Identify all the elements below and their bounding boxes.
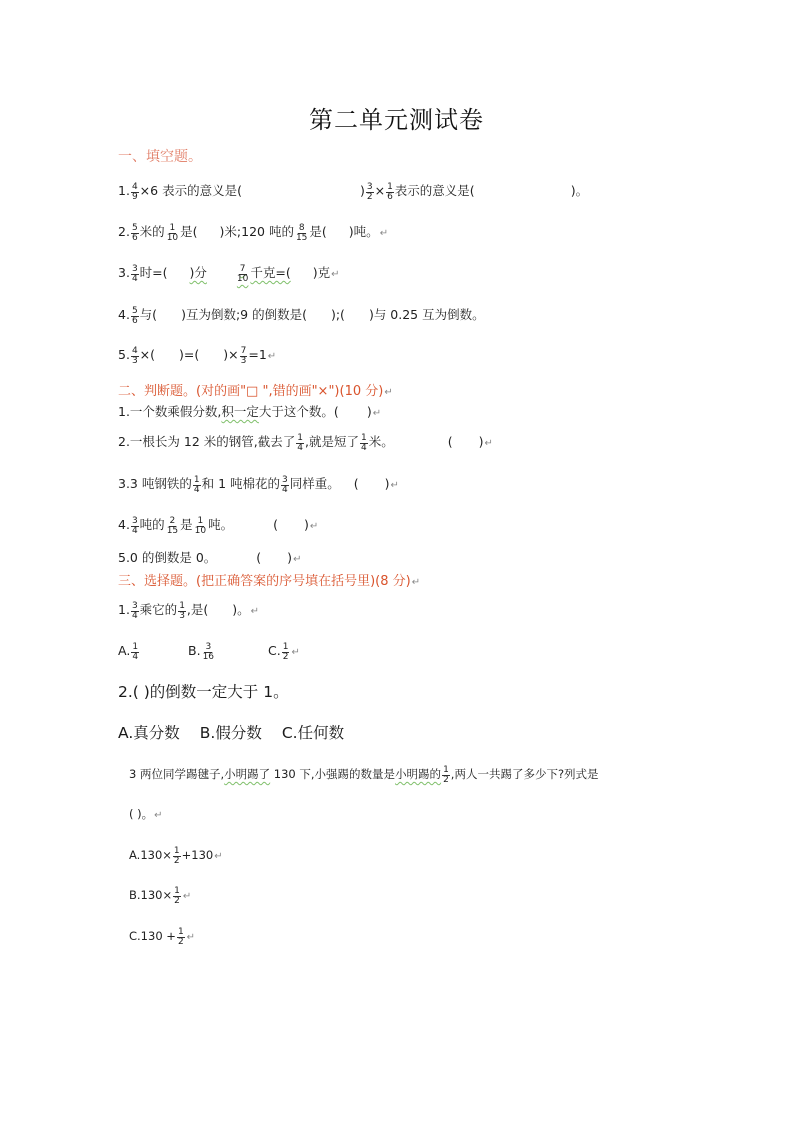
fraction: 34 [131,265,139,284]
question-text: ) [367,404,372,419]
section-heading-multiple-choice: 三、选择题。(把正确答案的序号填在括号里)(8 分)↵ [118,570,420,589]
question-text: 吨。 [208,517,233,532]
option-b[interactable]: B.130×12↵ [129,886,191,905]
question-number: 2. [118,224,130,239]
option-c[interactable]: C.任何数 [282,724,344,742]
paragraph-mark: ↵ [310,521,318,532]
option-c[interactable]: C.12 [268,643,290,658]
paragraph-mark: ↵ [187,932,195,943]
question-text: 表示的意义是( [395,183,475,198]
question-text: 1.一个数乘假分数, [118,404,221,419]
fraction: 13 [178,602,186,621]
paragraph-mark: ↵ [293,554,301,565]
question-text: =1 [248,347,266,362]
paragraph-mark: ↵ [485,438,493,449]
paragraph-mark: ↵ [154,810,162,821]
fill-question-4: 4.56与()互为倒数;9 的倒数是();()与 0.25 互为倒数。 [118,305,485,325]
question-text: ( [256,550,261,565]
paragraph-mark: ↵ [373,408,381,419]
question-number: 5. [118,347,130,362]
tf-question-1: 1.一个数乘假分数,积一定大于这个数。()↵ [118,402,381,420]
question-text: 米的 [140,224,165,239]
mc-question-2-options: A.真分数B.假分数C.任何数 [118,721,344,743]
question-text: ) [287,550,292,565]
section-heading-true-false: 二、判断题。(对的画"□ ",错的画"×")(10 分)↵ [118,380,393,399]
mc-question-3: 3 两位同学踢毽子,小明踢了 130 下,小强踢的数量是小明踢的12,两人一共踢… [129,765,599,784]
question-number: 1. [118,602,130,617]
question-text: )。 [232,602,249,617]
fraction: 14 [193,476,201,495]
fraction: 56 [131,307,139,326]
fraction: 14 [296,434,304,453]
fraction: 34 [131,602,139,621]
option-b[interactable]: B.316 [188,643,216,658]
fraction: 32 [366,183,374,202]
fraction: 710 [236,265,249,284]
question-text: 小明踢的 [395,767,441,781]
question-text: ( [354,476,359,491]
question-number: 4. [118,517,130,532]
question-text: )互为倒数;9 的倒数是( [181,307,307,322]
question-text: ×( [140,347,155,362]
question-number: 4. [118,307,130,322]
question-text: 是( [309,224,326,239]
question-text: ( [273,517,278,532]
fraction: 16 [386,183,394,202]
fill-question-5: 5.43×()=()×73=1↵ [118,346,276,365]
question-text: 3.3 吨钢铁的 [118,476,192,491]
fraction: 815 [295,224,308,243]
question-text: 千克=( [250,265,290,280]
question-text: 时=( [140,265,168,280]
paragraph-mark: ↵ [380,228,388,239]
page-title: 第二单元测试卷 [0,100,793,135]
paragraph-mark: ↵ [251,606,259,617]
question-text: 小明踢了 [224,767,270,781]
question-text: )分 [190,265,207,280]
question-text: 乘它的 [140,602,178,617]
question-text: )× [223,347,238,362]
fill-question-2: 2.56米的110是()米;120 吨的815是()吨。↵ [118,222,388,242]
question-text: )。 [571,183,588,198]
fill-question-3: 3.34时=()分710千克=()克↵ [118,263,340,283]
paragraph-mark: ↵ [214,851,222,862]
question-text: )米;120 吨的 [220,224,294,239]
question-number: 1. [118,183,130,198]
mc-question-1: 1.34乘它的13,是()。↵ [118,600,259,620]
paragraph-mark: ↵ [183,891,191,902]
fraction: 12 [442,766,450,785]
question-text: 2.一根长为 12 米的钢管,截去了 [118,434,295,449]
question-text: );( [331,307,345,322]
mc-question-1-options: A.14 B.316 C.12↵ [118,642,300,661]
question-text: 5.0 的倒数是 0。 [118,550,216,565]
question-text: )=( [179,347,199,362]
fraction: 34 [131,517,139,536]
question-text: ) [385,476,390,491]
paragraph-mark: ↵ [291,647,299,658]
section-heading-fill-in: 一、填空题。 [118,146,202,166]
question-text: 积一定 [221,404,259,419]
fill-question-1: 1.49×6 表示的意义是()32×16表示的意义是()。 [118,181,588,201]
mc-question-3-blank[interactable]: ( )。↵ [129,806,163,822]
tf-question-5: 5.0 的倒数是 0。()↵ [118,548,301,566]
paragraph-mark: ↵ [268,351,276,362]
question-text: 与( [140,307,157,322]
question-number: 3. [118,265,130,280]
question-text: ) [479,434,484,449]
option-b[interactable]: B.假分数 [200,724,262,742]
fraction: 49 [131,183,139,202]
fraction: 43 [131,347,139,366]
question-text: 是( [180,224,197,239]
mc-question-2: 2.( )的倒数一定大于 1。 [118,680,289,702]
question-text: ( [448,434,453,449]
question-text: 吨的 [140,517,165,532]
option-a[interactable]: A.130×12+130↵ [129,846,223,865]
question-text: 大于这个数。( [259,404,339,419]
question-text: 3 两位同学踢毽子, [129,767,224,781]
question-text: 是 [180,517,193,532]
fraction: 215 [166,517,179,536]
option-a[interactable]: A.14 [118,643,140,658]
question-text: )与 0.25 互为倒数。 [369,307,485,322]
question-text: )克 [313,265,330,280]
question-text: ) [304,517,309,532]
tf-question-3: 3.3 吨钢铁的14和 1 吨棉花的34同样重。()↵ [118,474,399,494]
question-text: ,是( [187,602,208,617]
question-text: ) [360,183,365,198]
tf-question-2: 2.一根长为 12 米的钢管,截去了14,就是短了14米。()↵ [118,432,493,452]
question-text: 130 下,小强踢的数量是 [270,767,395,781]
paragraph-mark: ↵ [412,577,420,588]
question-text: 同样重。 [290,476,340,491]
section-heading-text: 三、选择题。(把正确答案的序号填在括号里)(8 分) [118,574,411,589]
fraction: 56 [131,224,139,243]
fraction: 34 [281,476,289,495]
option-a[interactable]: A.真分数 [118,724,180,742]
fraction: 110 [194,517,207,536]
question-text: ,就是短了 [305,434,359,449]
paragraph-mark: ↵ [331,269,339,280]
fraction: 14 [360,434,368,453]
question-text: 和 1 吨棉花的 [202,476,280,491]
tf-question-4: 4.34吨的215是110吨。()↵ [118,515,318,535]
question-text: )吨。 [349,224,379,239]
paragraph-mark: ↵ [391,480,399,491]
paragraph-mark: ↵ [384,387,392,398]
times-sign: × [375,183,385,198]
question-text: ×6 表示的意义是( [140,183,242,198]
fraction: 73 [240,347,248,366]
question-text: 米。 [369,434,394,449]
option-c[interactable]: C.130 +12↵ [129,927,195,946]
fraction: 110 [166,224,179,243]
question-text: ,两人一共踢了多少下?列式是 [451,767,599,781]
section-heading-text: 二、判断题。(对的画"□ ",错的画"×")(10 分) [118,384,383,399]
